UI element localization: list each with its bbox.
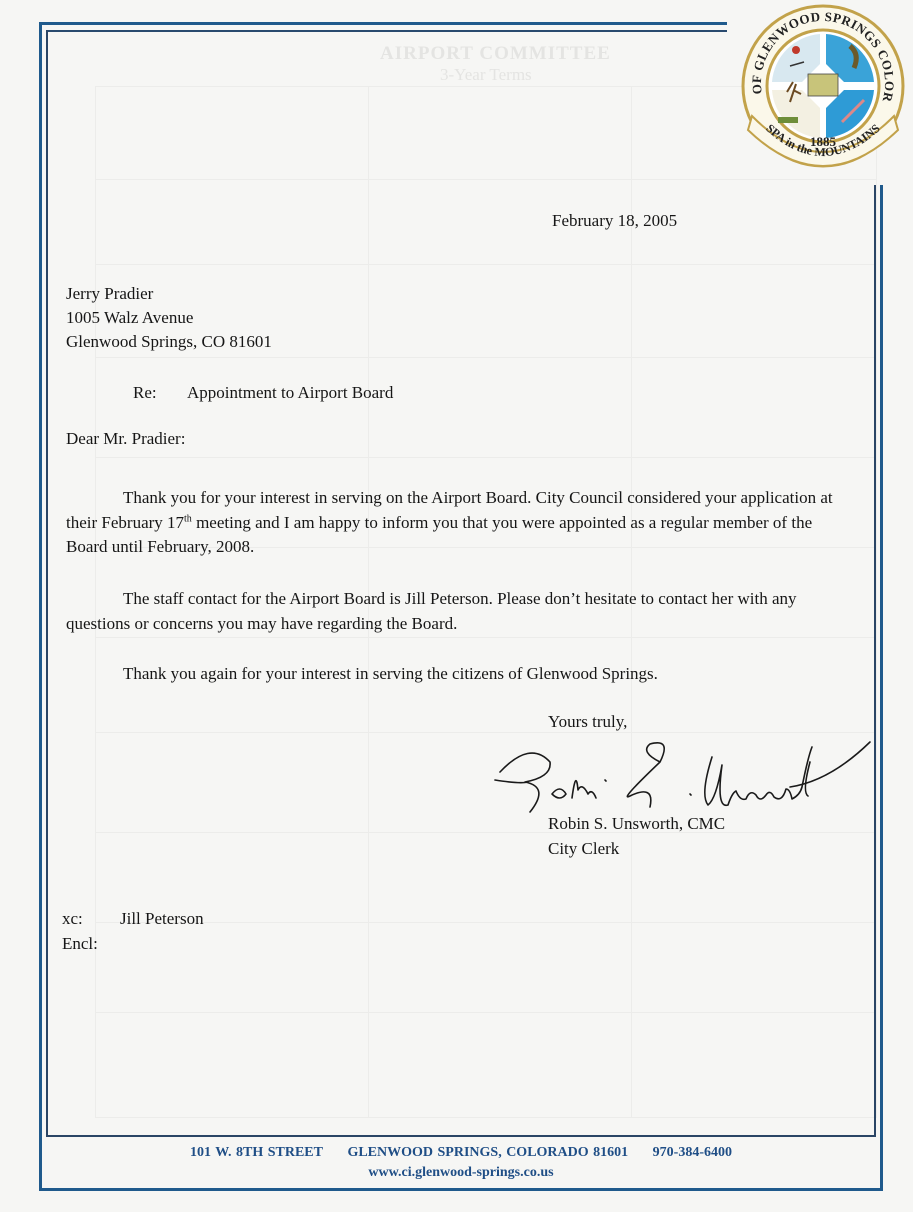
footer-website: www.ci.glenwood-springs.co.us bbox=[42, 1165, 880, 1181]
body-paragraph-2: The staff contact for the Airport Board … bbox=[66, 587, 836, 636]
letter-date: February 18, 2005 bbox=[552, 212, 677, 229]
letterhead-footer-address: 101 W. 8TH STREET GLENWOOD SPRINGS, COLO… bbox=[42, 1145, 880, 1161]
re-label: Re: bbox=[133, 384, 157, 401]
letterhead-right-rule bbox=[880, 185, 883, 1191]
recipient-address: Jerry Pradier 1005 Walz Avenue Glenwood … bbox=[66, 282, 272, 354]
footer-phone: 970-384-6400 bbox=[653, 1145, 732, 1160]
salutation: Dear Mr. Pradier: bbox=[66, 430, 185, 447]
recipient-city: Glenwood Springs, CO 81601 bbox=[66, 330, 272, 354]
body-paragraph-3: Thank you again for your interest in ser… bbox=[66, 662, 836, 687]
letterhead-right-inner-rule bbox=[874, 185, 876, 1137]
letterhead-top-rule bbox=[39, 22, 727, 25]
closing: Yours truly, bbox=[548, 713, 627, 730]
handwritten-signature-icon bbox=[490, 732, 890, 817]
letterhead-inner-border bbox=[46, 30, 876, 1137]
footer-street: 101 W. 8TH STREET bbox=[190, 1145, 323, 1160]
signer-name: Robin S. Unsworth, CMC bbox=[548, 815, 725, 832]
footer-city: GLENWOOD SPRINGS, COLORADO 81601 bbox=[347, 1145, 628, 1160]
cc-label: xc: bbox=[62, 910, 83, 927]
enclosure-label: Encl: bbox=[62, 935, 98, 952]
cc-recipient: Jill Peterson bbox=[120, 910, 204, 927]
signer-title: City Clerk bbox=[548, 840, 619, 857]
city-seal-icon: CITY OF GLENWOOD SPRINGS COLORADO 1885 S… bbox=[738, 2, 908, 174]
recipient-name: Jerry Pradier bbox=[66, 282, 272, 306]
re-subject: Appointment to Airport Board bbox=[187, 384, 393, 401]
body-paragraph-1: Thank you for your interest in serving o… bbox=[66, 486, 836, 560]
recipient-street: 1005 Walz Avenue bbox=[66, 306, 272, 330]
